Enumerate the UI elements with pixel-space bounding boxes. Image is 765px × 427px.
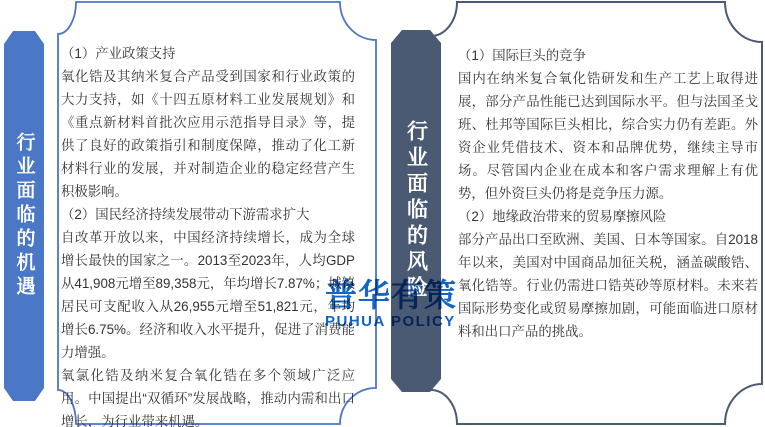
risks-ribbon-label: 行业面临的风险: [406, 120, 427, 302]
opportunities-section-1-body: 氧化锆及其纳米复合产品受到国家和行业政策的大力支持，如《十四五原材料工业发展规划…: [61, 65, 355, 203]
opportunities-section-2-heading: （2）国民经济持续发展带动下游需求扩大: [61, 203, 355, 226]
opportunities-section-1-heading: （1）产业政策支持: [61, 42, 355, 65]
risks-section-2-body: 部分产品出口至欧洲、美国、日本等国家。自2018年以来，美国对中国商品加征关税，…: [458, 228, 758, 343]
opportunities-panel-content: （1）产业政策支持 氧化锆及其纳米复合产品受到国家和行业政策的大力支持，如《十四…: [61, 42, 355, 427]
opportunities-section-2-body-1: 自改革开放以来，中国经济持续增长，成为全球增长最快的国家之一。2013至2023…: [61, 226, 355, 364]
opportunities-ribbon: 行业面临的机遇: [4, 31, 44, 401]
industry-opportunities-risks-infographic: 行业面临的机遇 行业面临的风险 （1）产业政策支持 氧化锆及其纳米复合产品受到国…: [0, 0, 765, 427]
risks-section-2-heading: （2）地缘政治带来的贸易摩擦风险: [458, 205, 758, 228]
risks-section-1-heading: （1）国际巨头的竞争: [458, 44, 758, 67]
opportunities-section-2-body-2: 氧氯化锆及纳米复合氧化锆在多个领域广泛应用。中国提出“双循环”发展战略，推动内需…: [61, 364, 355, 427]
risks-section-1-body: 国内在纳米复合氧化锆研发和生产工艺上取得进展，部分产品性能已达到国际水平。但与法…: [458, 67, 758, 205]
watermark-english-text: PUHUA POLICY: [325, 314, 457, 329]
risks-ribbon: 行业面临的风险: [391, 30, 441, 392]
risks-panel-content: （1）国际巨头的竞争 国内在纳米复合氧化锆研发和生产工艺上取得进展，部分产品性能…: [458, 44, 758, 343]
puhua-policy-watermark: 普华有策 PUHUA POLICY: [325, 279, 457, 329]
watermark-chinese-text: 普华有策: [325, 279, 457, 311]
opportunities-ribbon-label: 行业面临的机遇: [15, 132, 34, 300]
